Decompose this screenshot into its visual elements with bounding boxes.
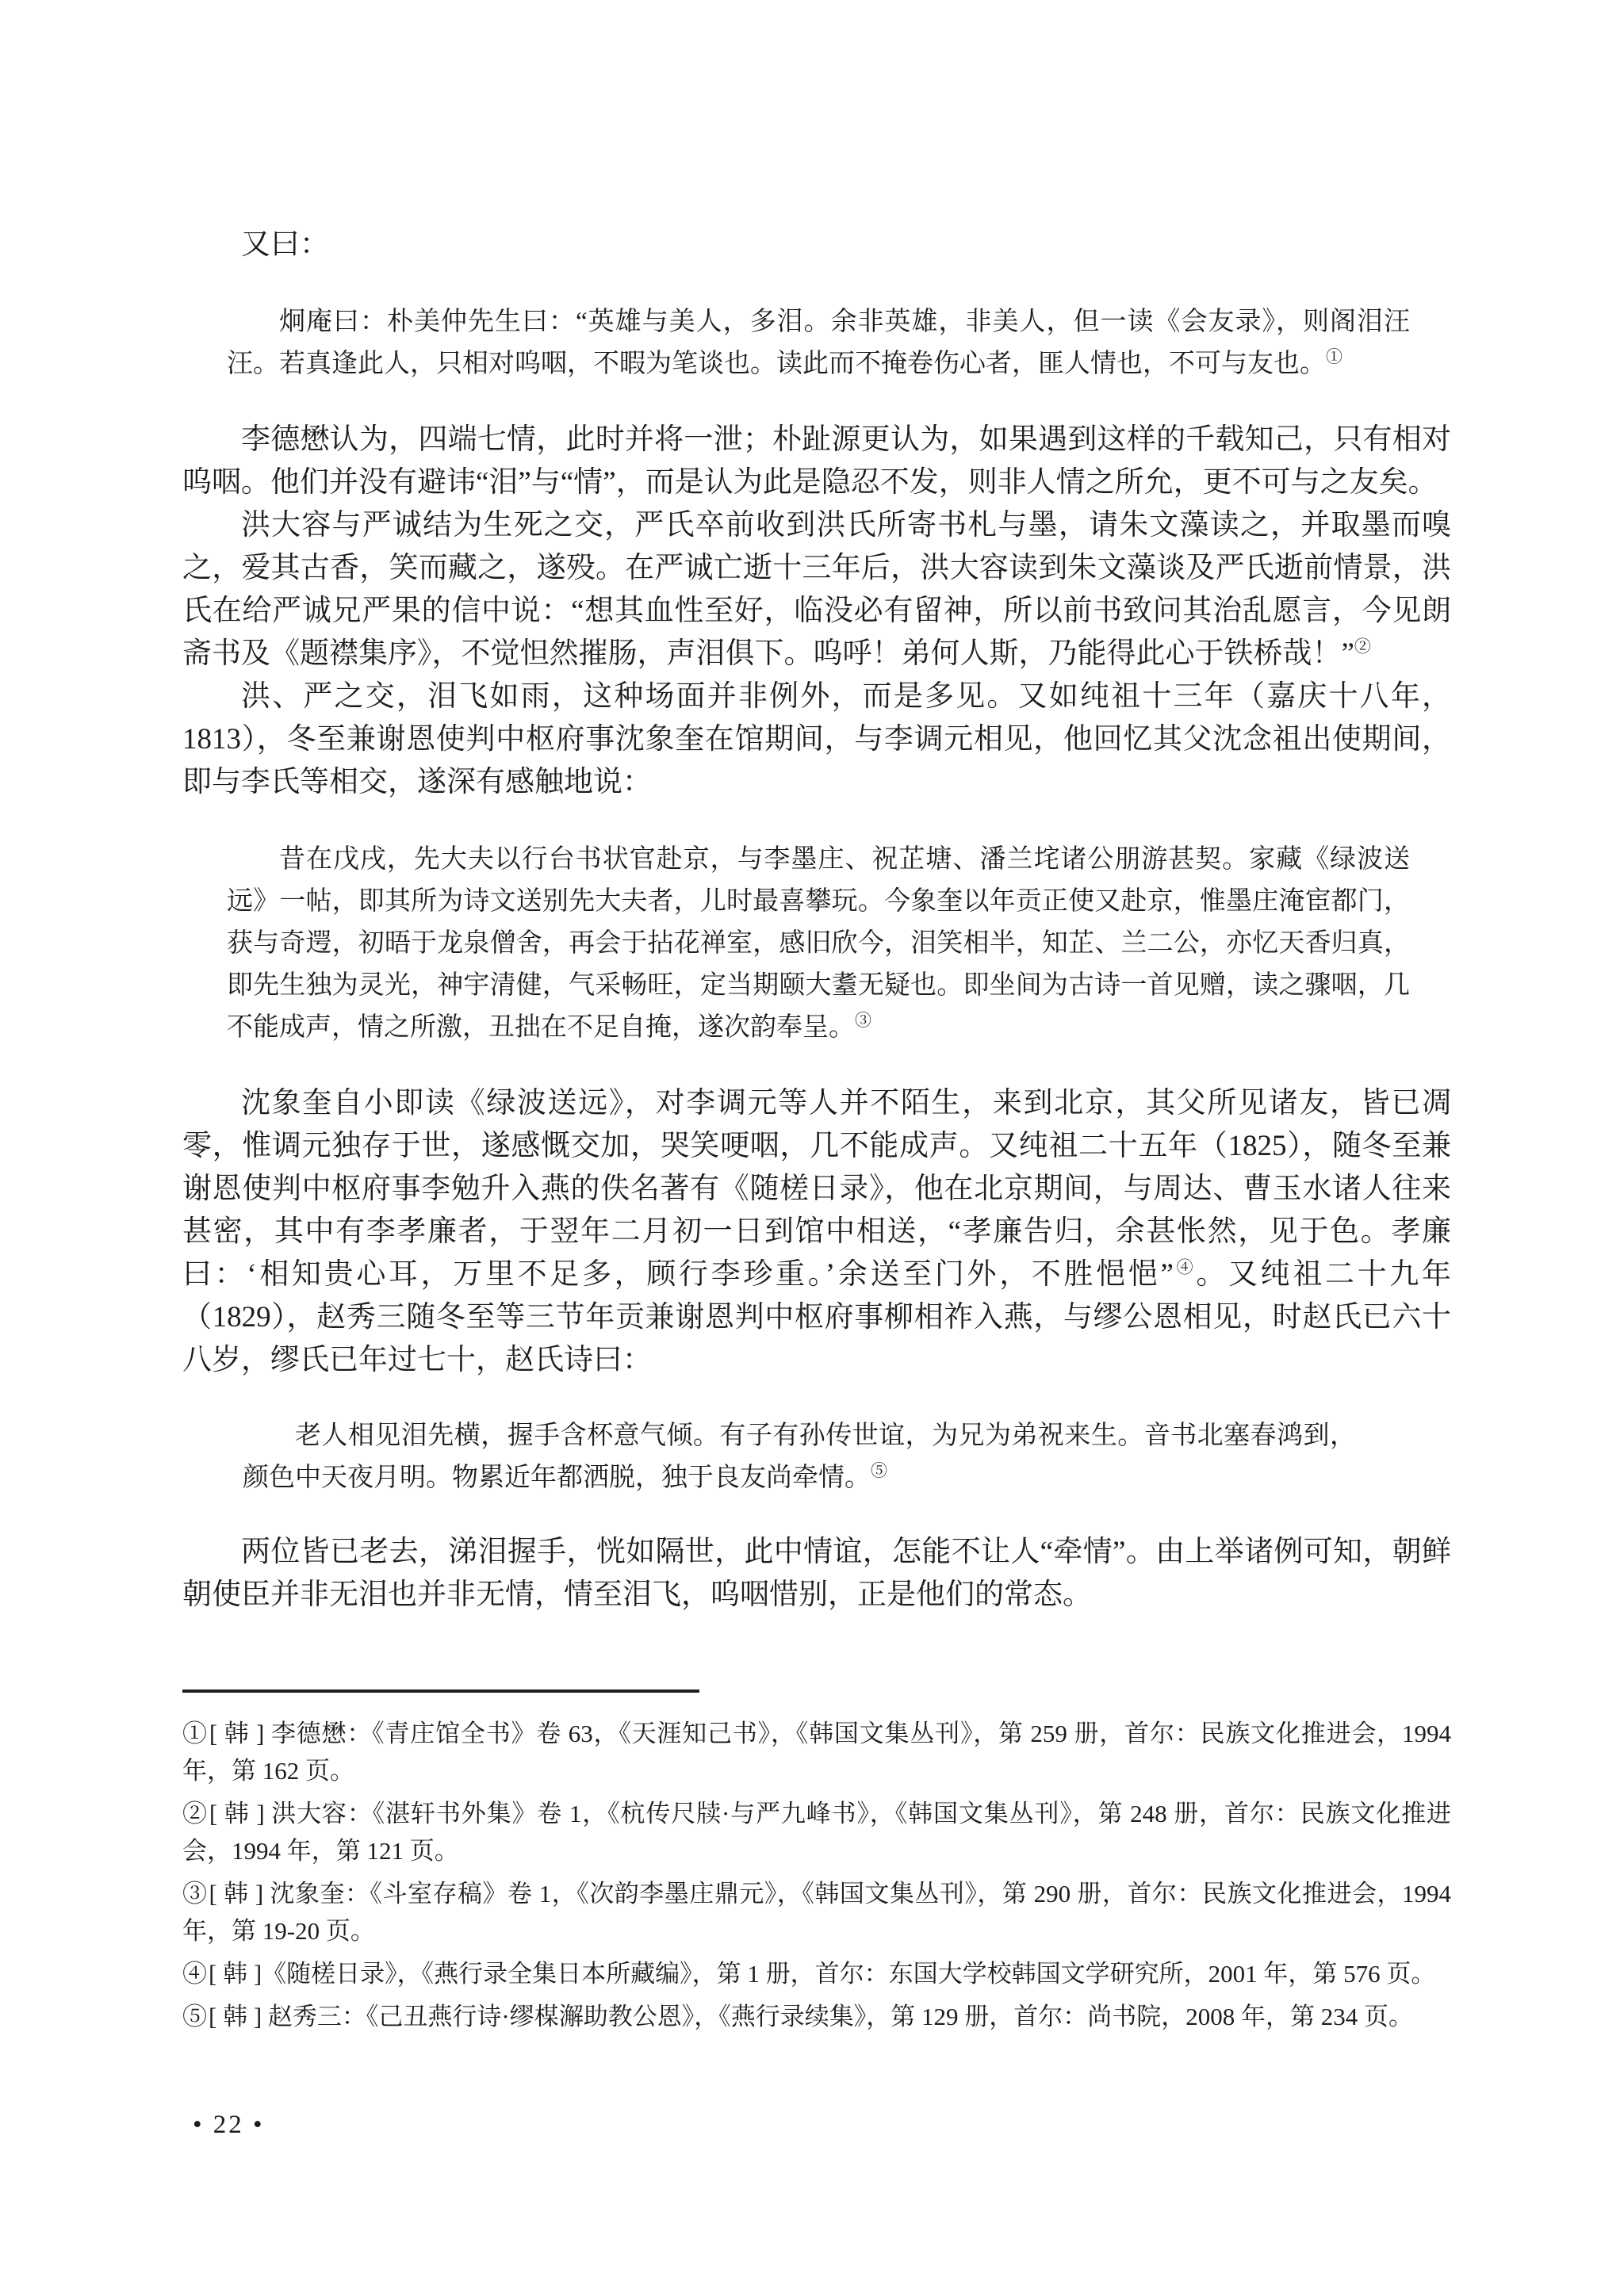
block-quote-poem: 老人相见泪先横，握手含杯意气倾。有子有孙传世谊，为兄为弟祝来生。音书北塞春鸿到，…: [243, 1415, 1356, 1499]
block-quote-2-text: 昔在戊戌，先大夫以行台书状官赴京，与李墨庄、祝芷塘、潘兰垞诸公朋游甚契。家藏《绿…: [227, 845, 1410, 1042]
footnote-1-text: [ 韩 ] 李德懋：《青庄馆全书》卷 63，《天涯知己书》，《韩国文集丛刊》，第…: [182, 1720, 1451, 1785]
block-quote-2: 昔在戊戌，先大夫以行台书状官赴京，与李墨庄、祝芷塘、潘兰垞诸公朋游甚契。家藏《绿…: [227, 839, 1410, 1049]
footnote-5-marker: ⑤: [182, 2003, 207, 2030]
footnote-ref-2: ②: [1354, 637, 1371, 656]
block-quote-1-text: 炯庵曰：朴美仲先生曰：“英雄与美人，多泪。余非英雄，非美人，但一读《会友录》，则…: [227, 308, 1410, 378]
paragraph-4: 沈象奎自小即读《绿波送远》，对李调元等人并不陌生，来到北京，其父所见诸友，皆已凋…: [182, 1082, 1451, 1382]
footnote-3-marker: ③: [182, 1880, 208, 1908]
block-quote-1: 炯庵曰：朴美仲先生曰：“英雄与美人，多泪。余非英雄，非美人，但一读《会友录》，则…: [227, 301, 1410, 385]
footnote-item-3: ③[ 韩 ] 沈象奎：《斗室存稿》卷 1，《次韵李墨庄鼎元》，《韩国文集丛刊》，…: [182, 1875, 1451, 1950]
block-quote-poem-text: 老人相见泪先横，握手含杯意气倾。有子有孙传世谊，为兄为弟祝来生。音书北塞春鸿到，…: [243, 1422, 1356, 1492]
footnote-1-marker: ①: [182, 1720, 208, 1747]
footnote-item-2: ②[ 韩 ] 洪大容：《湛轩书外集》卷 1，《杭传尺牍·与严九峰书》，《韩国文集…: [182, 1795, 1451, 1869]
footnote-separator: [182, 1689, 699, 1693]
paragraph-5: 两位皆已老去，涕泪握手，恍如隔世，此中情谊，怎能不让人“牵情”。由上举诸例可知，…: [182, 1531, 1451, 1617]
footnote-ref-3: ③: [855, 1011, 871, 1030]
footnote-4-text: [ 韩 ]《随槎日录》，《燕行录全集日本所藏编》，第 1 册，首尔：东国大学校韩…: [209, 1960, 1435, 1988]
footnote-ref-5: ⑤: [871, 1461, 887, 1480]
footnote-5-text: [ 韩 ] 赵秀三：《己丑燕行诗·缪楳澥助教公恩》，《燕行录续集》，第 129 …: [209, 2003, 1413, 2030]
footnote-item-5: ⑤[ 韩 ] 赵秀三：《己丑燕行诗·缪楳澥助教公恩》，《燕行录续集》，第 129…: [182, 1998, 1451, 2035]
paragraph-2: 洪大容与严诚结为生死之交，严氏卒前收到洪氏所寄书札与墨，请朱文藻读之，并取墨而嗅…: [182, 504, 1451, 675]
footnote-2-text: [ 韩 ] 洪大容：《湛轩书外集》卷 1，《杭传尺牍·与严九峰书》，《韩国文集丛…: [182, 1800, 1451, 1865]
footnotes-section: ①[ 韩 ] 李德懋：《青庄馆全书》卷 63，《天涯知己书》，《韩国文集丛刊》，…: [182, 1689, 1451, 2035]
paragraph-3: 洪、严之交，泪飞如雨，这种场面并非例外，而是多见。又如纯祖十三年（嘉庆十八年，1…: [182, 675, 1451, 804]
footnote-item-4: ④[ 韩 ]《随槎日录》，《燕行录全集日本所藏编》，第 1 册，首尔：东国大学校…: [182, 1955, 1451, 1992]
footnote-3-text: [ 韩 ] 沈象奎：《斗室存稿》卷 1，《次韵李墨庄鼎元》，《韩国文集丛刊》，第…: [182, 1880, 1451, 1945]
page-number: • 22 •: [193, 2110, 265, 2140]
paragraph-1: 李德懋认为，四端七情，此时并将一泄；朴趾源更认为，如果遇到这样的千载知己，只有相…: [182, 419, 1451, 504]
paragraph-2-text: 洪大容与严诚结为生死之交，严氏卒前收到洪氏所寄书札与墨，请朱文藻读之，并取墨而嗅…: [182, 509, 1451, 670]
document-page: 又曰： 炯庵曰：朴美仲先生曰：“英雄与美人，多泪。余非英雄，非美人，但一读《会友…: [0, 0, 1624, 2296]
footnote-ref-1: ①: [1326, 347, 1342, 366]
page-body-content: 又曰： 炯庵曰：朴美仲先生曰：“英雄与美人，多泪。余非英雄，非美人，但一读《会友…: [0, 0, 1624, 1617]
footnote-item-1: ①[ 韩 ] 李德懋：《青庄馆全书》卷 63，《天涯知己书》，《韩国文集丛刊》，…: [182, 1715, 1451, 1789]
footnote-ref-4: ④: [1174, 1258, 1196, 1277]
paragraph-intro: 又曰：: [182, 224, 1451, 266]
footnote-2-marker: ②: [182, 1800, 208, 1827]
footnote-4-marker: ④: [182, 1960, 207, 1988]
